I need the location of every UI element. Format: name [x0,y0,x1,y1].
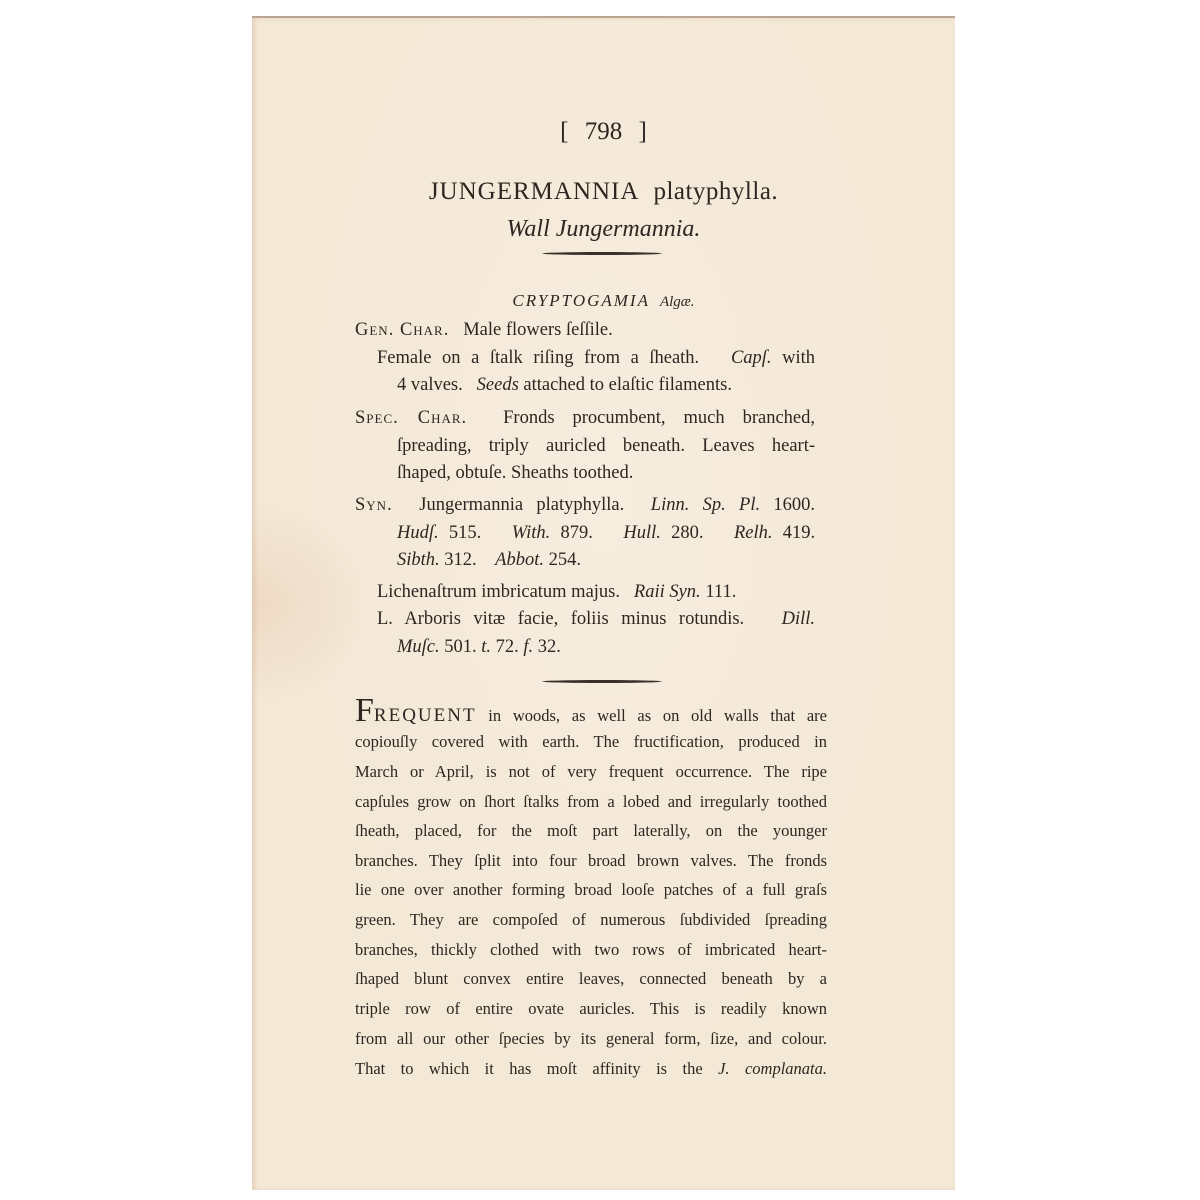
description-line-6: branches. They ſplit into four broad bro… [355,851,827,871]
syn-ref-num: 111. [705,582,736,602]
gen-char-italic: Seeds [477,375,519,395]
gen-char-line-3: 4 valves. Seeds attached to elaſtic fila… [397,375,732,396]
drop-cap: F [355,692,374,729]
page-number-value: 798 [585,118,623,145]
syn-ref-name: Hull. [623,523,661,543]
description-text: in woods, as well as on old walls that a… [488,706,827,725]
description-line-13: That to which it has moſt affinity is th… [355,1059,827,1079]
class-name: CRYPTOGAMIA [512,291,650,310]
syn-ref-name: With. [512,523,551,543]
spec-char-line-2: ſpreading, triply auricled beneath. Leav… [397,436,815,457]
gen-char-text: Male flowers ſeſſile. [463,320,613,340]
syn-line-3: Sibth. 312. Abbot. 254. [397,550,581,571]
divider-top [542,252,662,255]
syn-ref-num: 1600. [773,495,815,515]
syn-label: Syn. [355,495,393,515]
description-line-8: green. They are compoſed of numerous ſub… [355,910,827,930]
bracket-close: ] [639,118,647,145]
gen-char-text: 4 valves. [397,375,463,395]
description-text: That to which it has moſt affinity is th… [355,1059,703,1078]
description-line-9: branches, thickly clothed with two rows … [355,940,827,960]
syn-ref-name: Abbot. [495,550,544,570]
species-reference: J. complanata. [718,1059,827,1078]
description-line-7: lie one over another forming broad looſe… [355,880,827,900]
syn-line-4: Lichenaſtrum imbricatum majus. Raii Syn.… [377,582,736,603]
spec-char-text: Fronds procumbent, much branched, [503,408,815,428]
description-line-4: capſules grow on ſhort ſtalks from a lob… [355,792,827,812]
syn-text: L. Arboris vitæ facie, foliis minus rotu… [377,609,744,629]
classification: CRYPTOGAMIAAlgæ. [252,291,955,311]
syn-text: Lichenaſtrum imbricatum majus. [377,582,620,602]
gen-char-line-2: Female on a ſtalk riſing from a ſheath. … [377,348,815,369]
syn-ref-num: 32. [538,637,561,657]
description-line-10: ſhaped blunt convex entire leaves, conne… [355,969,827,989]
syn-line-1: Syn. Jungermannia platyphylla. Linn. Sp.… [355,495,815,516]
syn-line-5: L. Arboris vitæ facie, foliis minus rotu… [377,609,815,630]
book-page: [ 798 ] JUNGERMANNIAplatyphylla. Wall Ju… [252,16,955,1190]
syn-ref-num: 419. [783,523,815,543]
description-line-5: ſheath, placed, for the moſt part latera… [355,821,827,841]
order-name: Algæ. [660,294,695,310]
common-name: Wall Jungermannia. [252,216,955,243]
divider-middle [542,680,662,683]
syn-ref-num: 879. [560,523,592,543]
species-name: platyphylla. [653,178,778,205]
syn-ref-num: 515. [449,523,481,543]
spec-char-line-3: ſhaped, obtuſe. Sheaths toothed. [397,463,633,484]
syn-text: Jungermannia platyphylla. [419,495,624,515]
description-line-2: copiouſly covered with earth. The fructi… [355,732,827,752]
syn-ref-name: Hudſ. [397,523,439,543]
syn-ref-num: 501. [444,637,476,657]
gen-char-italic: Capſ. [731,348,772,368]
bracket-open: [ [560,118,568,145]
page-number: [ 798 ] [252,118,955,146]
syn-ref-name: Muſc. [397,637,440,657]
gen-char-line-1: Gen. Char. Male flowers ſeſſile. [355,320,613,341]
genus-name: JUNGERMANNIA [429,178,640,205]
syn-ref-name: f. [523,637,533,657]
syn-ref-name: Dill. [782,609,815,629]
description-line-3: March or April, is not of very frequent … [355,762,827,782]
gen-char-text: attached to elaſtic filaments. [523,375,732,395]
gen-char-label: Gen. Char. [355,320,449,340]
syn-ref-name: t. [481,637,491,657]
spec-char-line-1: Spec. Char. Fronds procumbent, much bran… [355,408,815,429]
syn-ref-name: Sibth. [397,550,440,570]
description-line-11: triple row of entire ovate auricles. Thi… [355,999,827,1019]
syn-ref-name: Raii Syn. [634,582,701,602]
syn-ref-name: Linn. Sp. Pl. [651,495,760,515]
description-line-12: from all our other ſpecies by its genera… [355,1029,827,1049]
syn-ref-name: Relh. [734,523,773,543]
syn-line-2: Hudſ. 515. With. 879. Hull. 280. Relh. 4… [397,523,815,544]
syn-ref-num: 72. [496,637,519,657]
spec-char-label: Spec. Char. [355,408,467,428]
syn-ref-num: 280. [671,523,703,543]
gen-char-text: with [782,348,815,368]
description-line-1: FREQUENT in woods, as well as on old wal… [355,694,827,728]
syn-ref-num: 312. [444,550,476,570]
gen-char-text: Female on a ſtalk riſing from a ſheath. [377,348,699,368]
syn-ref-num: 254. [549,550,581,570]
first-word: REQUENT [374,705,477,726]
species-title: JUNGERMANNIAplatyphylla. [252,178,955,206]
syn-line-6: Muſc. 501. t. 72. f. 32. [397,637,561,658]
